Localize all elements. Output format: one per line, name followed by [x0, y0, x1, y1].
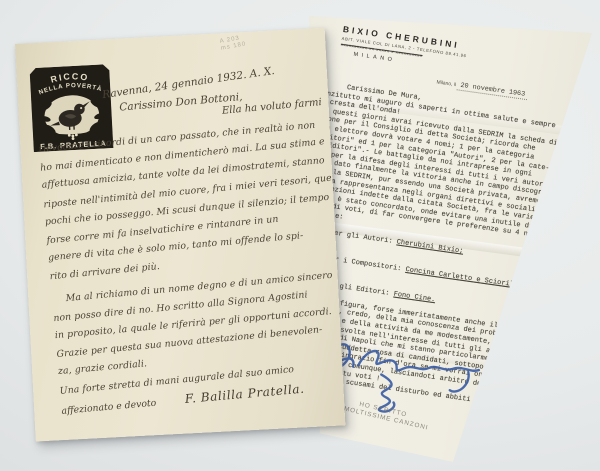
pencil-inventory-note: A 203 ms 180 [219, 34, 247, 52]
candidate-prefix: per gli Autori: [330, 229, 398, 246]
handwritten-content: Ravenna, 24 gennaio 1932. A. X. Carissim… [33, 63, 345, 417]
candidate-name: Fono Cine. [393, 290, 436, 304]
handwritten-letter: A 203 ms 180 RICCO NELLA POVERTÀ [15, 28, 345, 442]
photo-backdrop: BIXIO CHERUBINI ABIT. VIALE COL DI LANA,… [0, 0, 600, 471]
candidate-name: Cherubini Bixio; [396, 239, 464, 256]
handwritten-body-1: rievocare i ricordi di un caro passato, … [38, 115, 345, 286]
closing-phrase: affezionato e devoto [61, 397, 157, 416]
handwritten-body-2: Ma al richiamo di un nome degno e di un … [51, 265, 345, 400]
candidate-prefix: per i Compositori: [326, 255, 406, 274]
date-prefix: Milano, il [436, 79, 456, 88]
date-value: 20 novembre 1963 [457, 81, 529, 100]
letterhead: BIXIO CHERUBINI ABIT. VIALE COL DI LANA,… [339, 24, 579, 89]
